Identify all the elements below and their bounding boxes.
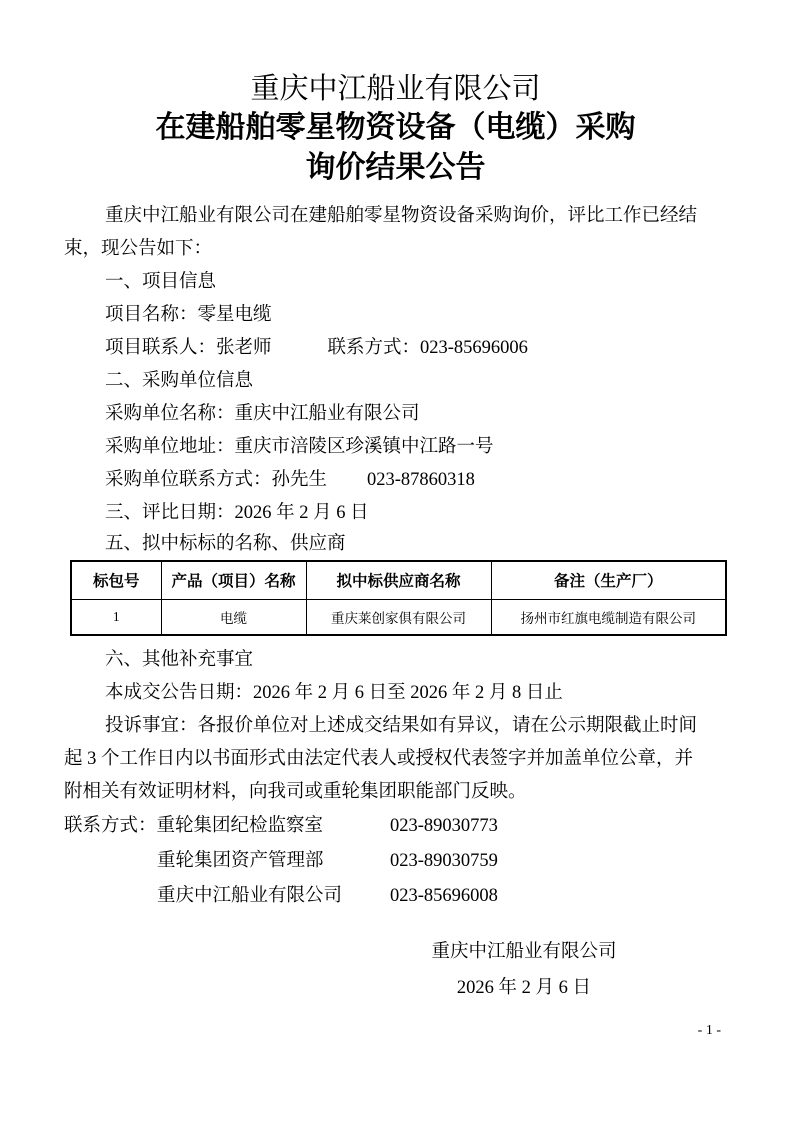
complaint-line-2: 起 3 个工作日内以书面形式由法定代表人或授权代表签字并加盖单位公章，并 — [64, 743, 727, 776]
signature-date: 2026 年 2 月 6 日 — [394, 970, 654, 1006]
doc-title-main: 在建船舶零星物资设备（电缆）采购 — [64, 108, 727, 148]
section-1-heading: 一、项目信息 — [64, 266, 727, 299]
announce-period-line: 本成交公告日期：2026 年 2 月 6 日至 2026 年 2 月 8 日止 — [64, 677, 727, 710]
purchaser-name-line: 采购单位名称：重庆中江船业有限公司 — [64, 398, 727, 431]
contact-label: 联系方式：重轮集团纪检监察室 — [64, 809, 390, 844]
complaint-line-1: 投诉事宜：各报价单位对上述成交结果如有异议，请在公示期限截止时间 — [64, 710, 727, 743]
section-6-heading: 六、其他补充事宜 — [64, 644, 727, 677]
contact-phone: 023-85696008 — [390, 879, 498, 914]
award-table-header-row: 标包号 产品（项目）名称 拟中标供应商名称 备注（生产厂） — [71, 561, 726, 599]
purchaser-contact-person: 采购单位联系方式：孙先生 — [105, 470, 327, 490]
project-name-line: 项目名称：零星电缆 — [64, 299, 727, 332]
section-2-heading: 二、采购单位信息 — [64, 365, 727, 398]
doc-title-company: 重庆中江船业有限公司 — [64, 70, 727, 108]
project-contact-phone: 联系方式：023-85696006 — [328, 338, 528, 358]
contact-phone: 023-89030759 — [390, 844, 498, 879]
award-cell-product: 电缆 — [161, 599, 306, 635]
contact-label: 重庆中江船业有限公司 — [157, 879, 390, 914]
complaint-line-3: 附相关有效证明材料，向我司或重轮集团职能部门反映。 — [64, 776, 727, 809]
contact-row-company: 重庆中江船业有限公司 023-85696008 — [64, 879, 727, 914]
contact-row-discipline-office: 联系方式：重轮集团纪检监察室 023-89030773 — [64, 809, 727, 844]
document-content: 重庆中江船业有限公司 在建船舶零星物资设备（电缆）采购 询价结果公告 重庆中江船… — [64, 70, 727, 1040]
document-page: 重庆中江船业有限公司 在建船舶零星物资设备（电缆）采购 询价结果公告 重庆中江船… — [0, 0, 793, 1122]
document-body: 重庆中江船业有限公司在建船舶零星物资设备采购询价，评比工作已经结 束，现公告如下… — [64, 200, 727, 1040]
award-table-header-supplier: 拟中标供应商名称 — [306, 561, 491, 599]
award-table-header-remark: 备注（生产厂） — [491, 561, 726, 599]
intro-line-1: 重庆中江船业有限公司在建船舶零星物资设备采购询价，评比工作已经结 — [64, 200, 727, 233]
award-table-header-product: 产品（项目）名称 — [161, 561, 306, 599]
award-table: 标包号 产品（项目）名称 拟中标供应商名称 备注（生产厂） 1 电缆 重庆莱创家… — [70, 560, 727, 636]
purchaser-contact-phone: 023-87860318 — [367, 470, 475, 490]
contact-label: 重轮集团资产管理部 — [157, 844, 390, 879]
intro-line-2: 束，现公告如下： — [64, 233, 727, 266]
section-3-heading: 三、评比日期：2026 年 2 月 6 日 — [64, 497, 727, 530]
award-cell-supplier: 重庆莱创家俱有限公司 — [306, 599, 491, 635]
page-number: - 1 - — [64, 1022, 727, 1040]
project-contact-person: 项目联系人：张老师 — [105, 338, 272, 358]
contact-phone: 023-89030773 — [390, 809, 498, 844]
project-contact-line: 项目联系人：张老师联系方式：023-85696006 — [64, 332, 727, 365]
award-cell-package: 1 — [71, 599, 161, 635]
signature-block: 重庆中江船业有限公司 2026 年 2 月 6 日 — [394, 934, 654, 1006]
award-cell-remark: 扬州市红旗电缆制造有限公司 — [491, 599, 726, 635]
section-5-heading: 五、拟中标标的名称、供应商 — [64, 530, 727, 558]
award-table-header-package: 标包号 — [71, 561, 161, 599]
award-table-row: 1 电缆 重庆莱创家俱有限公司 扬州市红旗电缆制造有限公司 — [71, 599, 726, 635]
purchaser-contact-line: 采购单位联系方式：孙先生023-87860318 — [64, 464, 727, 497]
contact-row-asset-dept: 重轮集团资产管理部 023-89030759 — [64, 844, 727, 879]
purchaser-address-line: 采购单位地址：重庆市涪陵区珍溪镇中江路一号 — [64, 431, 727, 464]
doc-title-sub: 询价结果公告 — [64, 148, 727, 188]
signature-company: 重庆中江船业有限公司 — [394, 934, 654, 970]
